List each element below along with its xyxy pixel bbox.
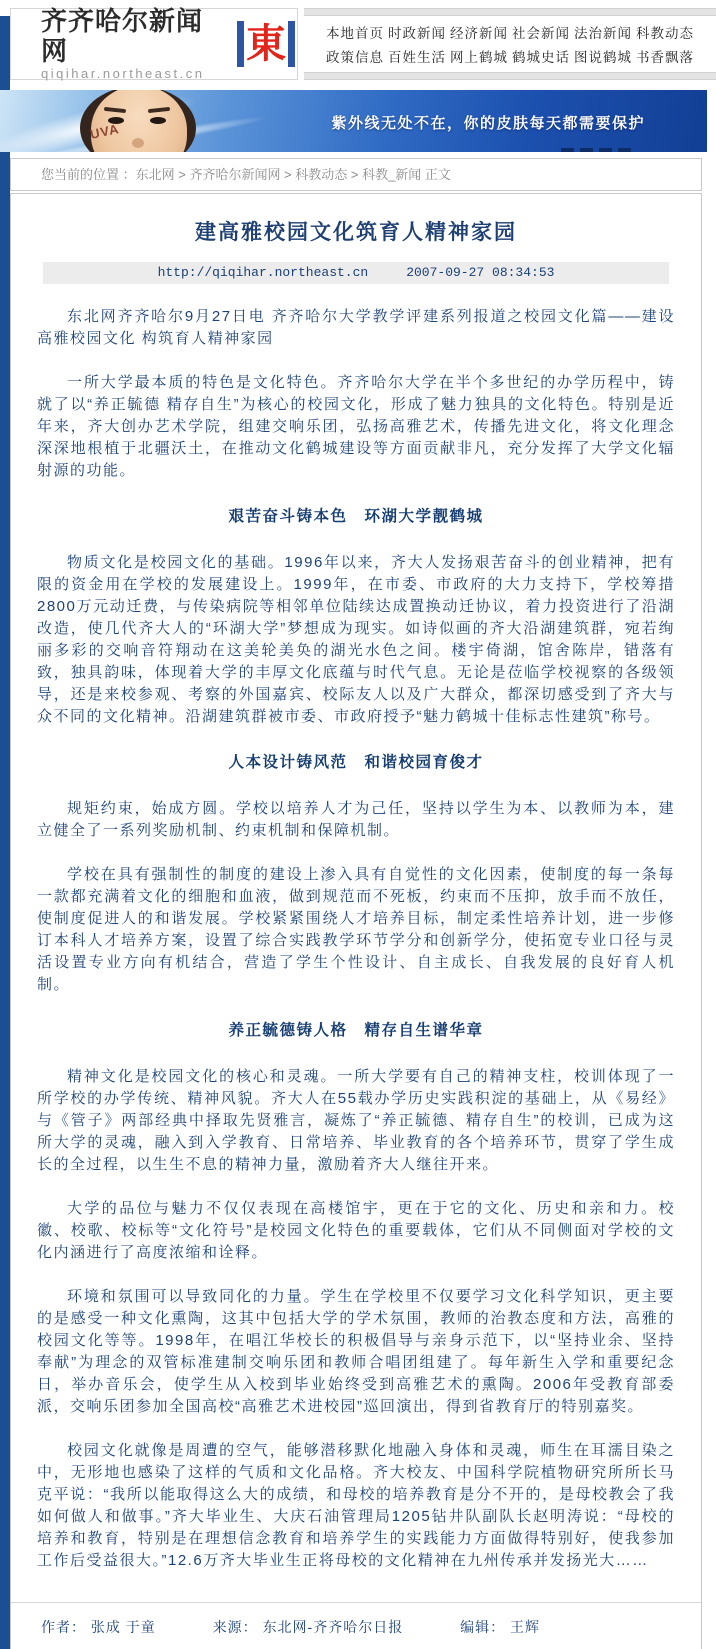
- nav-item-local-home[interactable]: 本地首页: [326, 22, 384, 42]
- article-author: 作者： 张成 于童: [41, 1619, 156, 1635]
- nav-item-hecheng-pictures[interactable]: 图说鹤城: [574, 46, 632, 66]
- nav-item-online-hecheng[interactable]: 网上鹤城: [450, 46, 508, 66]
- article-paragraph: 精神文化是校园文化的核心和灵魂。一所大学要有自己的精神支柱，校训体现了一所学校的…: [37, 1066, 675, 1176]
- article-paragraph: 规矩约束，始成方圆。学校以培养人才为己任，坚持以学生为本、以教师为本，建立健全了…: [37, 798, 675, 842]
- site-logo[interactable]: 齐齐哈尔新闻网 qiqihar.northeast.cn 東: [10, 8, 298, 80]
- site-logo-text: 齐齐哈尔新闻网 qiqihar.northeast.cn: [41, 6, 223, 82]
- breadcrumb: 您当前的位置 ：东北网 > 齐齐哈尔新闻网 > 科教动态 > 科教_新闻 正文: [10, 158, 702, 191]
- nav-item-hecheng-history[interactable]: 鹤城史话: [512, 46, 570, 66]
- uv-protection-ad-banner[interactable]: UVA 紫外线无处不在，你的皮肤每天都需要保护: [0, 90, 707, 152]
- nav-bottom-strip: [304, 72, 716, 80]
- article-paragraph: 一所大学最本质的特色是文化特色。齐齐哈尔大学在半个多世纪的办学历程中，铸就了以“…: [37, 372, 675, 482]
- article-paragraph: 物质文化是校园文化的基础。1996年以来，齐大人发扬艰苦奋斗的创业精神，把有限的…: [37, 552, 675, 728]
- nav-item-people-life[interactable]: 百姓生活: [388, 46, 446, 66]
- nav-item-science-education[interactable]: 科教动态: [636, 22, 694, 42]
- banner-face-image: UVA: [86, 90, 192, 152]
- nav-row-2: 政策信息 百姓生活 网上鹤城 鹤城史话 图说鹤城 书香飘落: [304, 46, 716, 66]
- northeast-net-logo-icon: 東: [235, 20, 297, 68]
- nav-item-society-news[interactable]: 社会新闻: [512, 22, 570, 42]
- article-section-heading: 人本设计铸风范 和谐校园育俊才: [37, 752, 675, 774]
- article-paragraph: 学校在具有强制性的制度的建设上渗入具有自觉性的文化因素，使制度的每一条每一款都充…: [37, 864, 675, 996]
- site-domain: qiqihar.northeast.cn: [41, 66, 223, 82]
- breadcrumb-label: 您当前的位置 ：: [41, 167, 136, 182]
- article-content-panel: 建高雅校园文化筑育人精神家园 http://qiqihar.northeast.…: [10, 193, 702, 1649]
- page: 齐齐哈尔新闻网 qiqihar.northeast.cn 東 本地首页 时政新闻…: [0, 8, 716, 1649]
- left-accent-bar: [0, 16, 10, 1649]
- site-name: 齐齐哈尔新闻网: [41, 6, 223, 66]
- article-title: 建高雅校园文化筑育人精神家园: [37, 216, 675, 246]
- nav-rows: 本地首页 时政新闻 经济新闻 社会新闻 法治新闻 科教动态 政策信息 百姓生活 …: [304, 16, 716, 72]
- article-publish-datetime: 2007-09-27 08:34:53: [406, 265, 554, 280]
- article-paragraph: 环境和氛围可以导致同化的力量。学生在学校里不仅要学习文化科学知识，更主要的是感受…: [37, 1286, 675, 1418]
- article-section-heading: 艰苦奋斗铸本色 环湖大学靓鹤城: [37, 506, 675, 528]
- article-paragraph: 校园文化就像是周遭的空气，能够潜移默化地融入身体和灵魂，师生在耳濡目染之中，无形…: [37, 1440, 675, 1572]
- breadcrumb-path[interactable]: 东北网 > 齐齐哈尔新闻网 > 科教动态 > 科教_新闻 正文: [136, 167, 451, 182]
- main-nav: 本地首页 时政新闻 经济新闻 社会新闻 法治新闻 科教动态 政策信息 百姓生活 …: [304, 8, 716, 80]
- nav-row-1: 本地首页 时政新闻 经济新闻 社会新闻 法治新闻 科教动态: [304, 22, 716, 42]
- banner-cutoff-text: [561, 148, 631, 152]
- article-body: 东北网齐齐哈尔9月27日电 齐齐哈尔大学教学评建系列报道之校园文化篇——建设高雅…: [37, 306, 675, 1572]
- article-section-heading: 养正毓德铸人格 精存自生谱华章: [37, 1020, 675, 1042]
- article-meta-bar: http://qiqihar.northeast.cn2007-09-27 08…: [43, 262, 669, 284]
- nav-item-policy-info[interactable]: 政策信息: [326, 46, 384, 66]
- article-paragraph: 东北网齐齐哈尔9月27日电 齐齐哈尔大学教学评建系列报道之校园文化篇——建设高雅…: [37, 306, 675, 350]
- article-footer: 作者： 张成 于童 来源： 东北网-齐齐哈尔日报 编辑： 王辉: [11, 1602, 701, 1649]
- nav-top-strip: [304, 8, 716, 16]
- nav-item-book-fragrance[interactable]: 书香飘落: [636, 46, 694, 66]
- nav-item-economy-news[interactable]: 经济新闻: [450, 22, 508, 42]
- nav-item-law-news[interactable]: 法治新闻: [574, 22, 632, 42]
- article-source: 来源： 东北网-齐齐哈尔日报: [213, 1619, 404, 1635]
- banner-slogan: 紫外线无处不在，你的皮肤每天都需要保护: [331, 112, 645, 133]
- article-source-url: http://qiqihar.northeast.cn: [158, 265, 369, 280]
- article-paragraph: 大学的品位与魅力不仅仅表现在高楼馆宇，更在于它的文化、历史和亲和力。校徽、校歌、…: [37, 1198, 675, 1264]
- article-editor: 编辑： 王辉: [460, 1619, 540, 1635]
- site-header: 齐齐哈尔新闻网 qiqihar.northeast.cn 東 本地首页 时政新闻…: [10, 8, 716, 80]
- nav-item-politics-news[interactable]: 时政新闻: [388, 22, 446, 42]
